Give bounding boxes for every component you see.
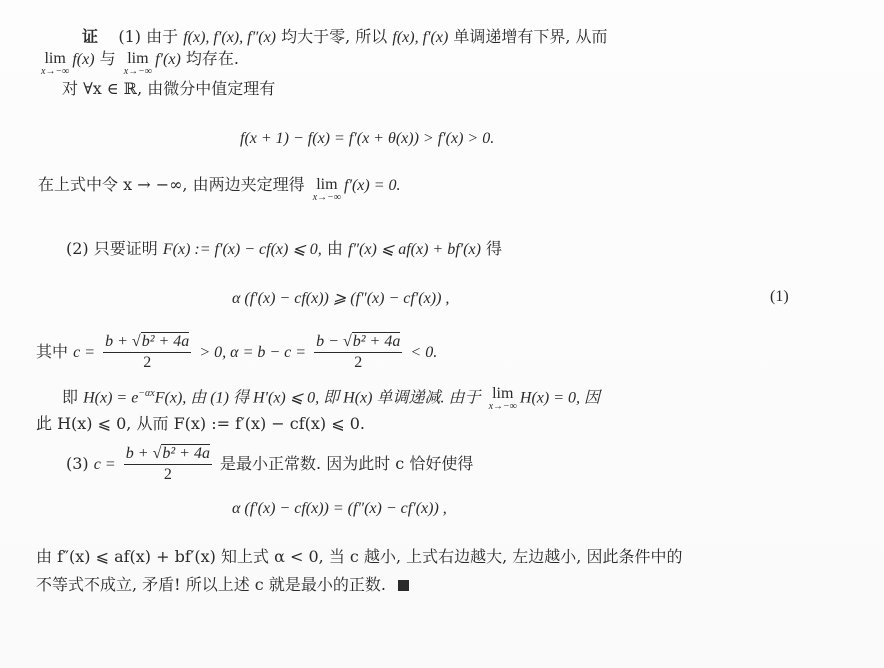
fraction-c: b + √b² + 4a2 — [124, 444, 212, 485]
document-page: 证 (1) 由于 f(x), f′(x), f″(x) 均大于零, 所以 f(x… — [0, 0, 884, 668]
equation-number: (1) — [770, 288, 789, 306]
part2-line3: 即 H(x) = e−αxF(x), 由 (1) 得 H′(x) ⩽ 0, 即 … — [62, 383, 600, 412]
part1-line2: limx→−∞f(x) 与 limx→−∞f′(x) 均存在. — [38, 48, 239, 77]
part3-line1: (3) c = b + √b² + 4a2 是最小正常数. 因为此时 c 恰好使… — [66, 444, 473, 485]
part2-line1: (2) 只要证明 F(x) := f′(x) − cf(x) ⩽ 0, 由 f″… — [66, 238, 502, 261]
part1-line3: 对 ∀x ∈ ℝ, 由微分中值定理有 — [62, 78, 275, 100]
part1-line1: 证 (1) 由于 f(x), f′(x), f″(x) 均大于零, 所以 f(x… — [82, 26, 608, 49]
qed-square-icon — [398, 580, 409, 591]
equation-mvt: f(x + 1) − f(x) = f′(x + θ(x)) > f′(x) >… — [240, 128, 494, 150]
fraction-c: b + √b² + 4a2 — [103, 332, 191, 373]
equation-equality: α (f′(x) − cf(x)) = (f″(x) − cf′(x)) , — [232, 498, 447, 520]
part2-where: 其中 c = b + √b² + 4a2 > 0, α = b − c = b … — [36, 332, 437, 373]
part3-line3: 不等式不成立, 矛盾! 所以上述 c 就是最小的正数. — [36, 574, 409, 596]
part2-line4: 此 H(x) ⩽ 0, 从而 F(x) := f′(x) − cf(x) ⩽ 0… — [36, 413, 365, 435]
limit-operator: limx→−∞ — [313, 174, 341, 203]
equation-1: α (f′(x) − cf(x)) ⩾ (f″(x) − cf′(x)) , — [232, 288, 449, 310]
limit-operator: limx→−∞ — [489, 383, 517, 412]
limit-operator: limx→−∞ — [124, 48, 152, 77]
fraction-alpha: b − √b² + 4a2 — [314, 332, 402, 373]
part1-line4: 在上式中令 x → −∞, 由两边夹定理得 limx→−∞f′(x) = 0. — [38, 174, 401, 203]
proof-label: 证 — [82, 27, 98, 46]
limit-operator: limx→−∞ — [41, 48, 69, 77]
part3-line2: 由 f″(x) ⩽ af(x) + bf′(x) 知上式 α < 0, 当 c … — [36, 546, 682, 568]
